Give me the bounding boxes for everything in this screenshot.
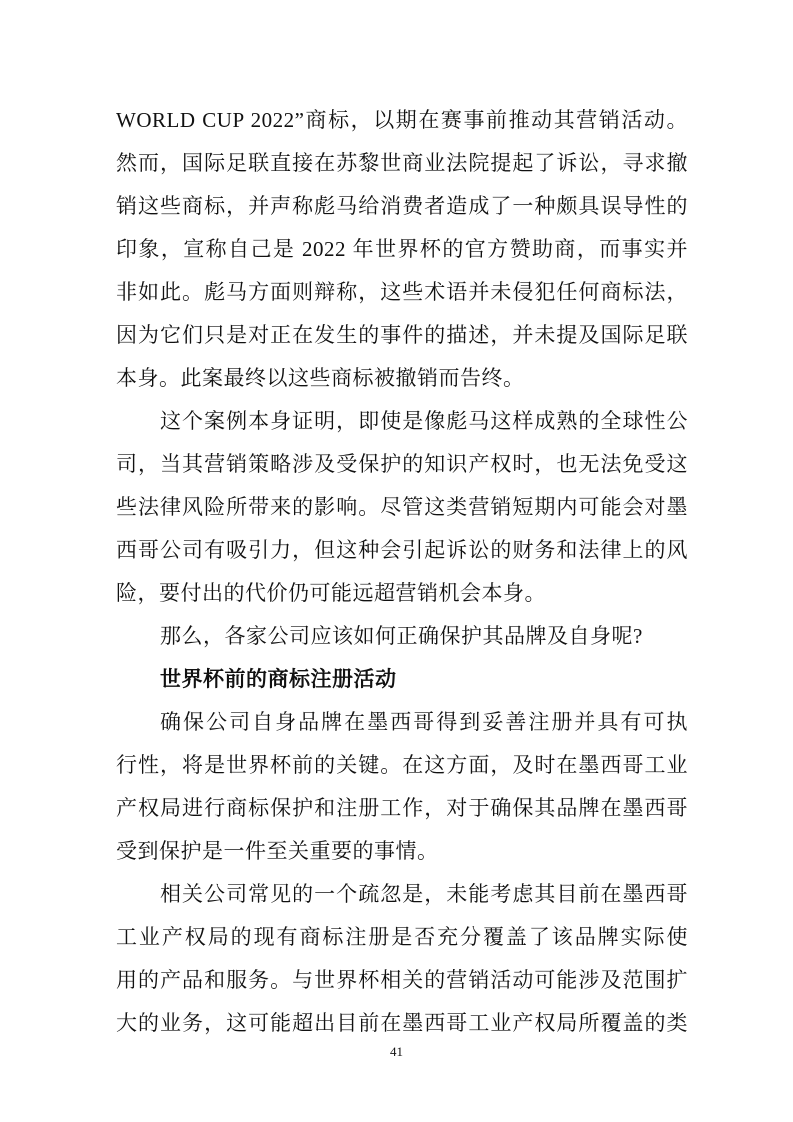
text-line-11: 西哥公司有吸引力，但这种会引起诉讼的财务和法律上的风 xyxy=(116,529,688,572)
text-line-4: 印象，宣称自己是 2022 年世界杯的官方赞助商，而事实并 xyxy=(116,228,688,271)
text-line-13: 那么，各家公司应该如何正确保护其品牌及自身呢? xyxy=(116,615,688,658)
text-line-7: 本身。此案最终以这些商标被撤销而告终。 xyxy=(116,357,688,400)
page-number: 41 xyxy=(0,1044,793,1060)
text-line-21: 用的产品和服务。与世界杯相关的营销活动可能涉及范围扩 xyxy=(116,959,688,1002)
text-line-2: 然而，国际足联直接在苏黎世商业法院提起了诉讼，寻求撤 xyxy=(116,142,688,185)
text-line-12: 险，要付出的代价仍可能远超营销机会本身。 xyxy=(116,572,688,615)
text-line-18: 受到保护是一件至关重要的事情。 xyxy=(116,830,688,873)
text-line-6: 因为它们只是对正在发生的事件的描述，并未提及国际足联 xyxy=(116,314,688,357)
text-line-5: 非如此。彪马方面则辩称，这些术语并未侵犯任何商标法， xyxy=(116,271,688,314)
text-line-10: 些法律风险所带来的影响。尽管这类营销短期内可能会对墨 xyxy=(116,486,688,529)
text-line-19: 相关公司常见的一个疏忽是，未能考虑其目前在墨西哥 xyxy=(116,873,688,916)
text-line-22: 大的业务，这可能超出目前在墨西哥工业产权局所覆盖的类 xyxy=(116,1002,688,1045)
text-line-1: WORLD CUP 2022”商标，以期在赛事前推动其营销活动。 xyxy=(116,99,688,142)
text-line-20: 工业产权局的现有商标注册是否充分覆盖了该品牌实际使 xyxy=(116,916,688,959)
text-line-16: 行性，将是世界杯前的关键。在这方面，及时在墨西哥工业 xyxy=(116,744,688,787)
text-line-3: 销这些商标，并声称彪马给消费者造成了一种颇具误导性的 xyxy=(116,185,688,228)
text-line-9: 司，当其营销策略涉及受保护的知识产权时，也无法免受这 xyxy=(116,443,688,486)
text-block: WORLD CUP 2022”商标，以期在赛事前推动其营销活动。然而，国际足联直… xyxy=(116,99,688,1045)
text-line-17: 产权局进行商标保护和注册工作，对于确保其品牌在墨西哥 xyxy=(116,787,688,830)
document-page: WORLD CUP 2022”商标，以期在赛事前推动其营销活动。然而，国际足联直… xyxy=(0,0,793,1122)
section-heading: 世界杯前的商标注册活动 xyxy=(116,658,688,701)
text-line-8: 这个案例本身证明，即使是像彪马这样成熟的全球性公 xyxy=(116,400,688,443)
text-line-15: 确保公司自身品牌在墨西哥得到妥善注册并具有可执 xyxy=(116,701,688,744)
